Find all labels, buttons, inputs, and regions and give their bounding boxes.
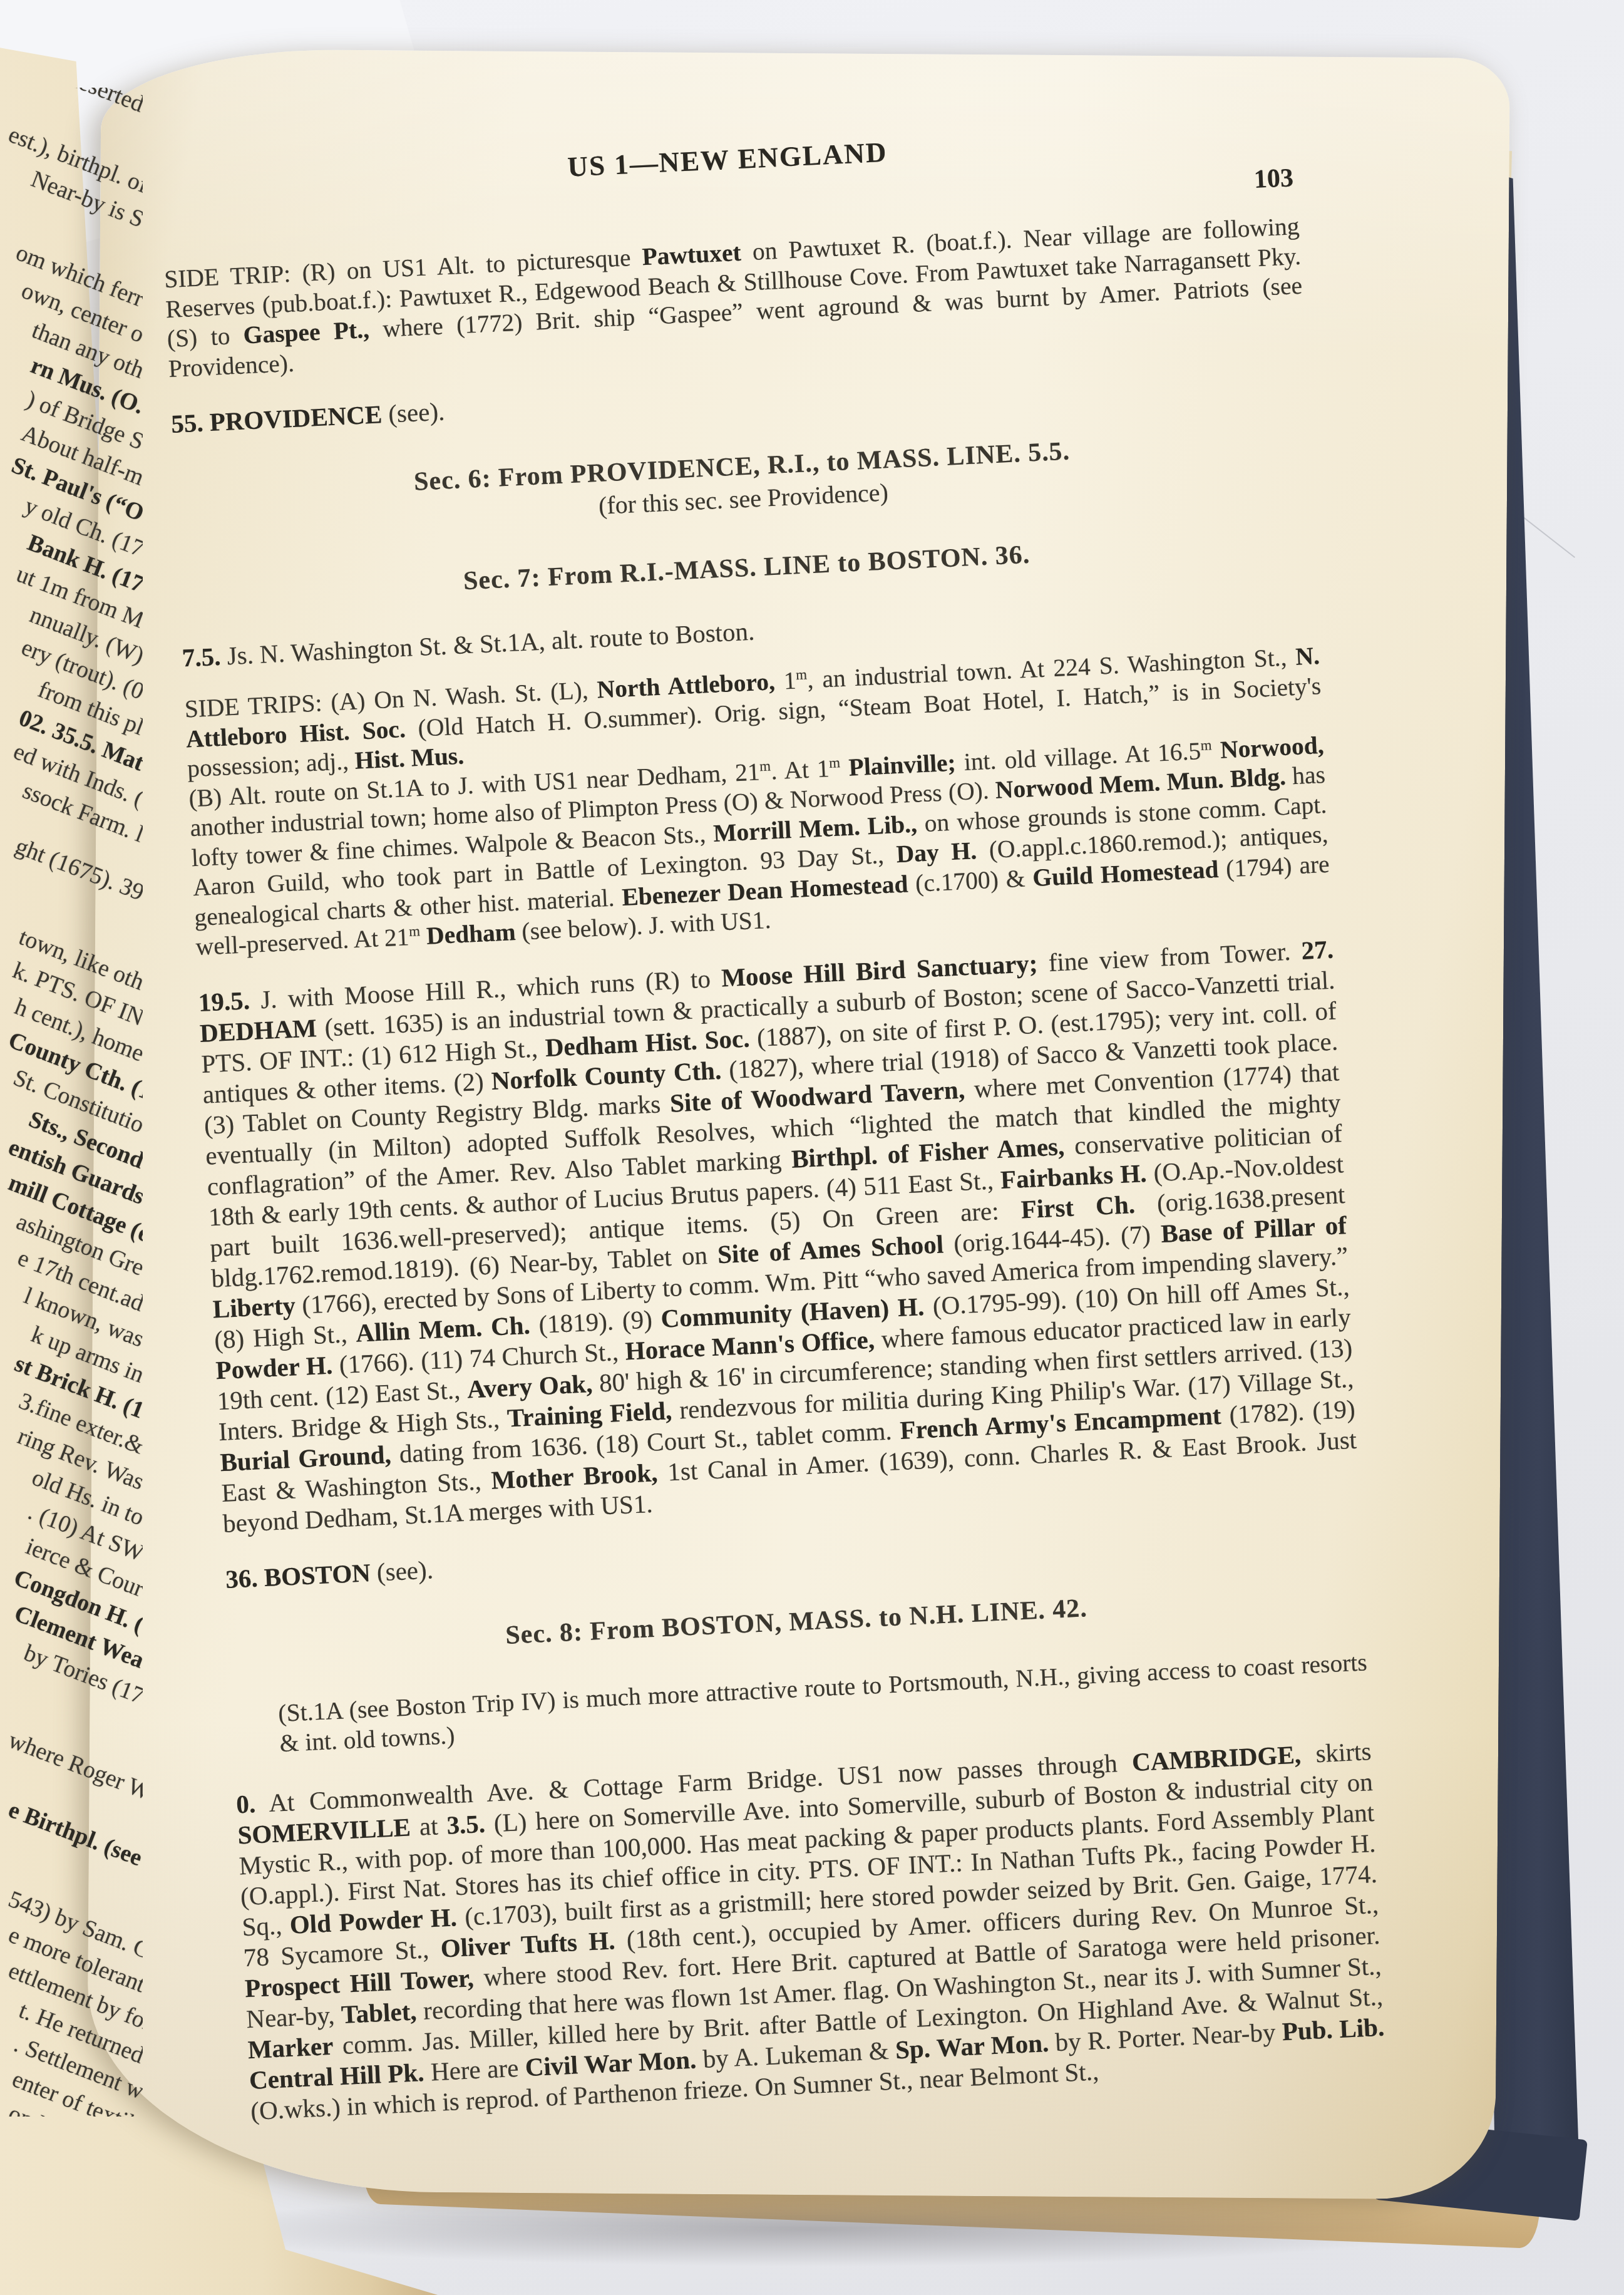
page-body: SIDE TRIP: (R) on US1 Alt. to picturesqu… [163, 212, 1386, 2127]
route-entry-paragraph: 19.5. J. with Moose Hill R., which runs … [198, 934, 1359, 1539]
book-shadow [188, 2192, 1440, 2267]
photo-canvas: inally desertedest.), birthpl. ofNear-by… [0, 0, 1624, 2295]
left-page-text-fragments: inally desertedest.), birthpl. ofNear-by… [0, 88, 143, 2117]
section-heading: Sec. 8: From BOSTON, MASS. to N.H. LINE.… [228, 1580, 1364, 1664]
page-text-column: US 1—NEW ENGLAND 103 SIDE TRIP: (R) on U… [159, 118, 1386, 2127]
left-page-text-line: inally deserted [3, 88, 143, 122]
route-entry-paragraph: 0. At Commonwealth Ave. & Cottage Farm B… [235, 1736, 1386, 2127]
left-page-text-line: where Roger W [3, 1723, 143, 1807]
page-number: 103 [1253, 163, 1294, 195]
left-page-text-line: e Birthpl. (see ab [3, 1792, 143, 1877]
